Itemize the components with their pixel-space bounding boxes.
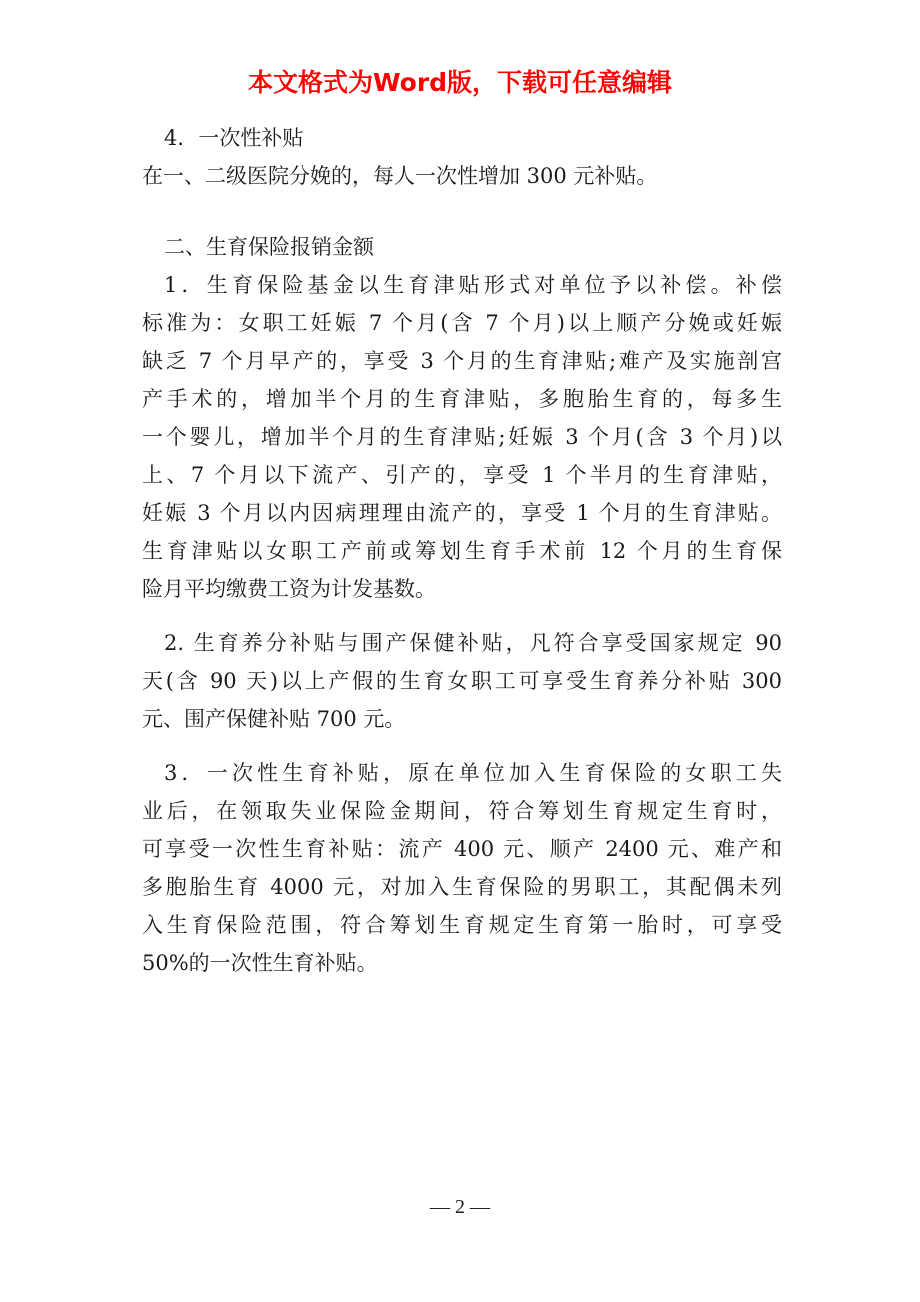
paragraph-gap <box>142 195 782 228</box>
page-number: — 2 — <box>0 1196 920 1219</box>
section-heading-reimbursement: 二、生育保险报销金额 <box>142 228 782 266</box>
paragraph-line: 元、围产保健补贴 700 元。 <box>142 700 782 738</box>
item-3-paragraph: 3．一次性生育补贴，原在单位加入生育保险的女职工失 业后，在领取失业保险金期间，… <box>142 754 782 982</box>
paragraph-line: 可享受一次性生育补贴：流产 400 元、顺产 2400 元、难产和 <box>142 830 782 868</box>
paragraph-line: 险月平均缴费工资为计发基数。 <box>142 570 782 608</box>
paragraph-line: 缺乏 7 个月早产的，享受 3 个月的生育津贴;难产及实施剖宫 <box>142 342 782 380</box>
paragraph-line: 多胞胎生育 4000 元，对加入生育保险的男职工，其配偶未列 <box>142 868 782 906</box>
paragraph-line: 标准为：女职工妊娠 7 个月(含 7 个月)以上顺产分娩或妊娠 <box>142 304 782 342</box>
paragraph-line: 天(含 90 天)以上产假的生育女职工可享受生育养分补贴 300 <box>142 662 782 700</box>
paragraph-line: 50%的一次性生育补贴。 <box>142 944 782 982</box>
paragraph-line: 1．生育保险基金以生育津贴形式对单位予以补偿。补偿 <box>142 266 782 304</box>
word-format-banner: 本文格式为Word版，下载可任意编辑 <box>0 66 920 100</box>
paragraph-line: 生育津贴以女职工产前或筹划生育手术前 12 个月的生育保 <box>142 532 782 570</box>
paragraph-line: 入生育保险范围，符合筹划生育规定生育第一胎时，可享受 <box>142 906 782 944</box>
item-1-paragraph: 1．生育保险基金以生育津贴形式对单位予以补偿。补偿 标准为：女职工妊娠 7 个月… <box>142 266 782 608</box>
document-body: 4．一次性补贴 在一、二级医院分娩的，每人一次性增加 300 元补贴。 二、生育… <box>142 119 782 982</box>
paragraph-line: 业后，在领取失业保险金期间，符合筹划生育规定生育时， <box>142 792 782 830</box>
document-page: 本文格式为Word版，下载可任意编辑 4．一次性补贴 在一、二级医院分娩的，每人… <box>0 0 920 1302</box>
paragraph-line: 产手术的，增加半个月的生育津贴，多胞胎生育的，每多生 <box>142 380 782 418</box>
section-4-title: 4．一次性补贴 <box>142 119 782 157</box>
item-2-paragraph: 2. 生育养分补贴与围产保健补贴，凡符合享受国家规定 90 天(含 90 天)以… <box>142 624 782 738</box>
paragraph-line: 妊娠 3 个月以内因病理理由流产的，享受 1 个月的生育津贴。 <box>142 494 782 532</box>
section-4-paragraph: 在一、二级医院分娩的，每人一次性增加 300 元补贴。 <box>142 157 782 195</box>
paragraph-line: 上、7 个月以下流产、引产的，享受 1 个半月的生育津贴， <box>142 456 782 494</box>
paragraph-line: 2. 生育养分补贴与围产保健补贴，凡符合享受国家规定 90 <box>142 624 782 662</box>
paragraph-line: 一个婴儿，增加半个月的生育津贴;妊娠 3 个月(含 3 个月)以 <box>142 418 782 456</box>
paragraph-line: 3．一次性生育补贴，原在单位加入生育保险的女职工失 <box>142 754 782 792</box>
